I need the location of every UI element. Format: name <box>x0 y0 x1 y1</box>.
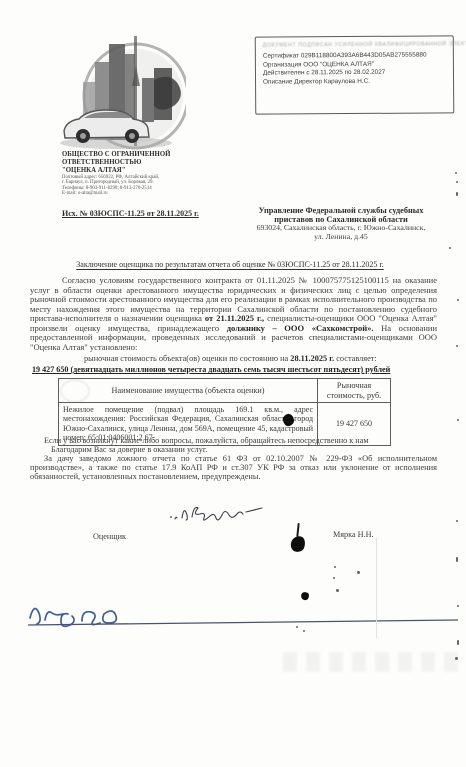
sender-letterhead: ОБЩЕСТВО С ОГРАНИЧЕННОЙ ОТВЕТСТВЕННОСТЬЮ… <box>62 151 242 197</box>
sender-org-name-line1: ОБЩЕСТВО С ОГРАНИЧЕННОЙ ОТВЕТСТВЕННОСТЬЮ <box>62 151 242 167</box>
recipient-block: Управление Федеральной службы судебных п… <box>228 206 454 242</box>
scan-speck <box>333 577 335 579</box>
digital-signature-stamp: ДОКУМЕНТ ПОДПИСАН УСИЛЕННОЙ КВАЛИФИЦИРОВ… <box>255 35 455 114</box>
stamp-certificate: Сертификат 029В118800А393А6В443D05АВ2755… <box>263 51 446 61</box>
scanned-letter-page: ДОКУМЕНТ ПОДПИСАН УСИЛЕННОЙ КВАЛИФИЦИРОВ… <box>0 0 466 767</box>
p1-appointment-date: от 21.11.2025 г., <box>205 313 264 323</box>
scan-speck <box>303 630 305 632</box>
ink-drip <box>296 523 299 537</box>
signature-name: Мярка Н.Н. <box>333 530 374 539</box>
closing-line-1: Если у вас возникнут какие-либо вопросы,… <box>44 436 369 445</box>
scan-speck <box>457 419 459 421</box>
scan-speck <box>336 589 339 592</box>
recipient-address-line2: ул. Ленина, д.45 <box>228 233 454 242</box>
sender-email: E-mail: o-alta@mail.ru <box>62 191 242 196</box>
fold-mark <box>376 538 377 638</box>
outgoing-reference: Исх. № 03ЮСПС-11.25 от 28.11.2025 г. <box>62 209 199 218</box>
stamp-description: Описание Директор Караулова Н.С. <box>263 77 446 87</box>
scan-speck <box>457 605 459 607</box>
scan-speck <box>170 516 172 518</box>
ink-blot-large <box>289 534 307 554</box>
scan-speck <box>296 626 298 628</box>
city-car-logo-icon <box>56 24 186 158</box>
closing-line-2: Благодарим Вас за доверие в оказании усл… <box>51 445 207 454</box>
signature-icon <box>172 499 272 525</box>
column-header-property: Наименование имущества (объекта оценки) <box>59 379 318 403</box>
valuation-intro-text: рыночная стоимость объекта(ов) оценки по… <box>84 354 290 363</box>
scan-speck <box>456 520 458 522</box>
document-title: Заключение оценщика по результатам отчет… <box>34 260 426 269</box>
valuation-intro-line: рыночная стоимость объекта(ов) оценки по… <box>84 354 377 363</box>
scan-speck <box>456 345 458 347</box>
scan-speck <box>357 571 360 574</box>
scan-speck <box>456 192 458 196</box>
scan-speck <box>455 172 457 174</box>
scan-speck <box>456 181 458 183</box>
scan-speck <box>455 657 458 660</box>
total-amount-line: 19 427 650 (девятнадцать миллионов четыр… <box>32 365 438 374</box>
scan-speck <box>334 566 336 568</box>
valuation-table-header-row: Наименование имущества (объекта оценки) … <box>59 379 391 403</box>
scan-ghost-artifact <box>283 652 461 672</box>
company-logo-collage <box>56 24 186 158</box>
body-paragraph-1: Согласно условиям государственного контр… <box>30 276 437 352</box>
p1-debtor-name: должнику – ООО «Сахкомстрой». <box>227 323 374 333</box>
warning-paragraph: За дачу заведомо ложного отчета по стать… <box>30 455 437 482</box>
sender-org-name-line2: "ОЦЕНКА АЛТАЯ" <box>62 167 242 175</box>
column-header-market-value: Рыночная стоимость, руб. <box>318 379 391 403</box>
scan-speck <box>449 247 451 249</box>
signature-role-label: Оценщик <box>93 532 126 541</box>
stamp-title: ДОКУМЕНТ ПОДПИСАН УСИЛЕННОЙ КВАЛИФИЦИРОВ… <box>263 41 446 48</box>
pen-scribble-icon <box>20 594 460 636</box>
scan-speck <box>456 557 458 562</box>
valuation-date: 28.11.2025 г. <box>290 354 334 363</box>
pen-annotation-scribble <box>20 594 460 641</box>
recipient-name-line1: Управление Федеральной службы судебных <box>228 206 454 215</box>
scan-speck <box>457 640 459 645</box>
appraiser-signature-scribble <box>172 499 272 530</box>
valuation-intro-tail: составляет: <box>334 354 377 363</box>
scan-speck <box>457 299 459 301</box>
